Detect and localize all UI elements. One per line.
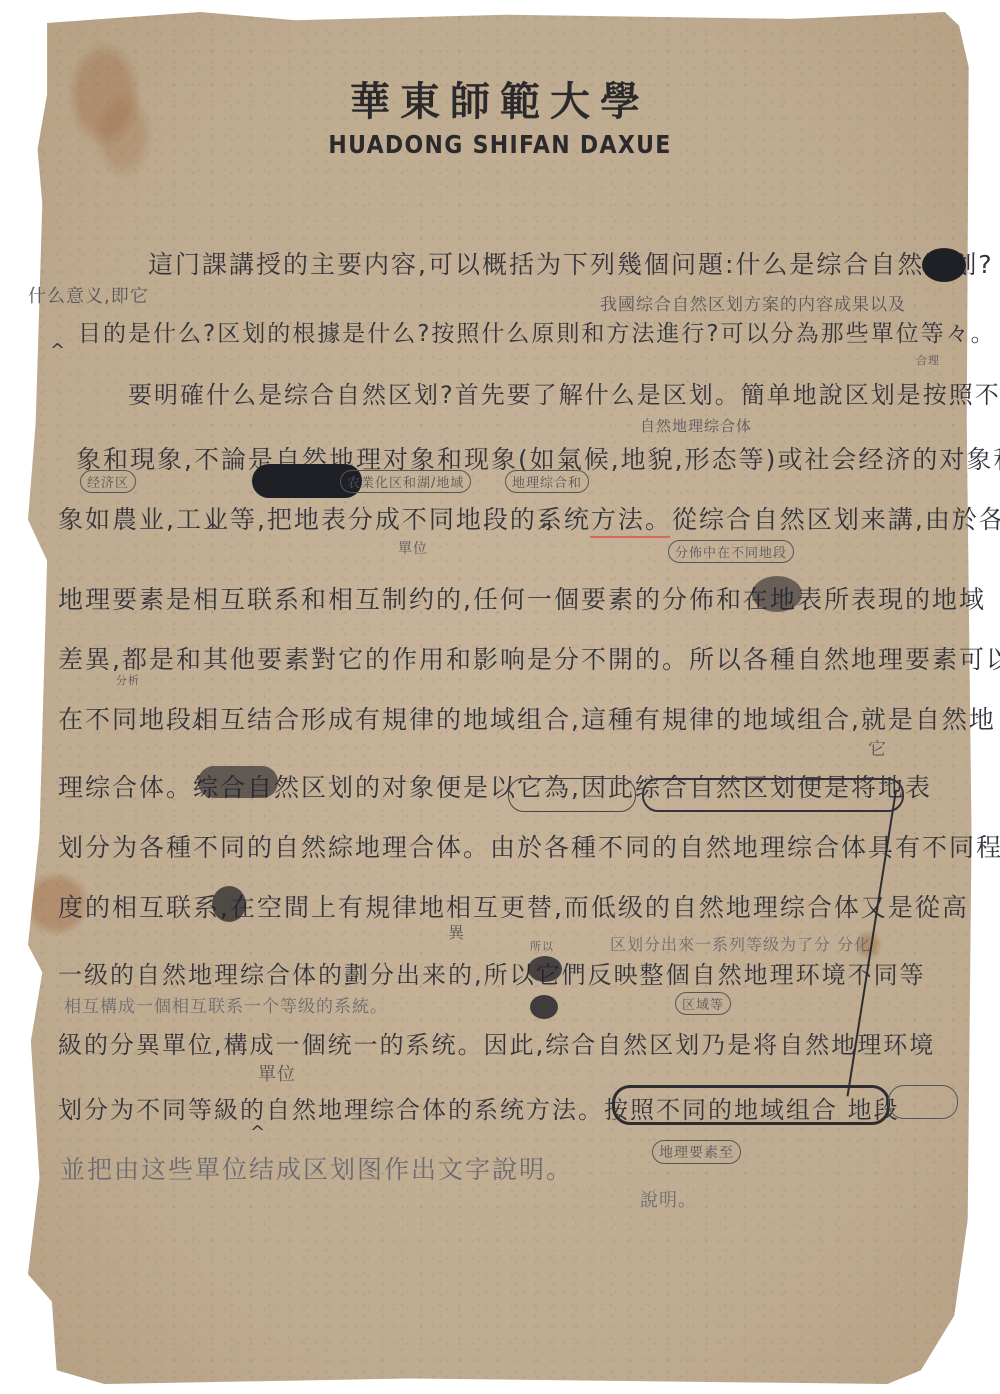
pencil-signature: 說明。 — [640, 1186, 697, 1212]
text-line-12: 一级的自然地理综合体的劃分出来的,所以它們反映整個自然地理环境不同等 — [58, 955, 926, 990]
ink-blot — [752, 576, 802, 612]
note-above-line14: 單位 — [258, 1060, 296, 1086]
note-above-line3: 合理 — [916, 352, 940, 368]
insert-caret: ^ — [50, 340, 65, 361]
insert-note-right: 我國综合自然区划方案的内容成果以及 — [600, 290, 906, 315]
letterhead-title-pinyin: HUADONG SHIFAN DAXUE — [60, 130, 940, 159]
note-above-line4: 自然地理综合体 — [640, 415, 752, 436]
ink-blot — [530, 995, 558, 1019]
note-under-line5: 單位 — [398, 538, 428, 558]
red-underline — [590, 536, 670, 538]
letterhead-title-chinese: 華東師範大學 — [0, 70, 1000, 127]
note-above-line12: 異 — [448, 920, 465, 943]
pencil-note-under-line12: 相互構成一個相互联系一个等级的系統。 — [64, 992, 388, 1017]
text-line-7: 差異,都是和其他要素對它的作用和影响是分不開的。所以各種自然地理要素可以 — [58, 640, 1000, 676]
text-line-10: 划分为各種不同的自然綜地理合体。由於各種不同的自然地理综合体具有不同程 — [58, 828, 1000, 864]
circled-note-region: 区域等 — [675, 992, 731, 1015]
circled-note-agri: 农業化区和湖/地域 — [340, 470, 471, 493]
ink-blot — [198, 766, 278, 798]
text-line-13: 級的分異單位,構成一個统一的系统。因此,综合自然区划乃是将自然地理环境 — [58, 1025, 935, 1060]
note-above-line8: 分析 — [116, 672, 140, 688]
insert-caret: ^ — [250, 1122, 265, 1143]
margin-note-left: 什么意义,即它 — [28, 282, 149, 308]
note-above-line9: 它 — [868, 735, 887, 761]
text-line-11: 度的相互联系,在空間上有規律地相互更替,而低级的自然地理综合体又是從高 — [58, 888, 969, 924]
text-line-5: 象如農业,工业等,把地表分成不同地段的系统方法。從综合自然区划来講,由於各種自然 — [58, 500, 1000, 536]
pencil-note-above-line12: 区划分出來一系列等级为了分 分化 — [610, 932, 871, 955]
circled-note-economic: 经济区 — [80, 470, 136, 493]
ink-blot — [528, 956, 562, 982]
text-line-2: 目的是什么?区划的根據是什么?按照什么原則和方法進行?可以分為那些單位等々。 — [78, 315, 996, 348]
ink-blot — [212, 886, 246, 922]
text-line-3: 要明確什么是综合自然区划?首先要了解什么是区划。簡单地說区划是按照不同的对 — [128, 375, 1000, 410]
text-line-15-pencil: 並把由这些單位结成区划图作出文字說明。 — [60, 1150, 573, 1186]
insert-caret: ^ — [190, 720, 205, 741]
text-line-1: 這门課講授的主要内容,可以概括为下列幾個问題:什么是综合自然区划? — [148, 245, 994, 281]
note-above-line12-b: 所以 — [530, 938, 554, 954]
circled-note-geo: 地理综合和 — [505, 470, 589, 493]
circled-mark-struck — [642, 778, 904, 812]
text-line-6: 地理要素是相互联系和相互制约的,任何一個要素的分佈和在地表所表現的地域 — [58, 580, 986, 616]
insert-caret: ^ — [205, 520, 220, 541]
heavy-oval-mark — [612, 1085, 890, 1125]
circled-note-geo-elements: 地理要素至 — [652, 1140, 741, 1164]
circled-mark-segment — [888, 1085, 958, 1119]
ink-blot — [922, 248, 966, 282]
insert-caret: ^ — [540, 520, 555, 541]
circled-mark-object — [508, 778, 636, 812]
circled-note-distribution: 分佈中在不同地段 — [668, 540, 794, 563]
